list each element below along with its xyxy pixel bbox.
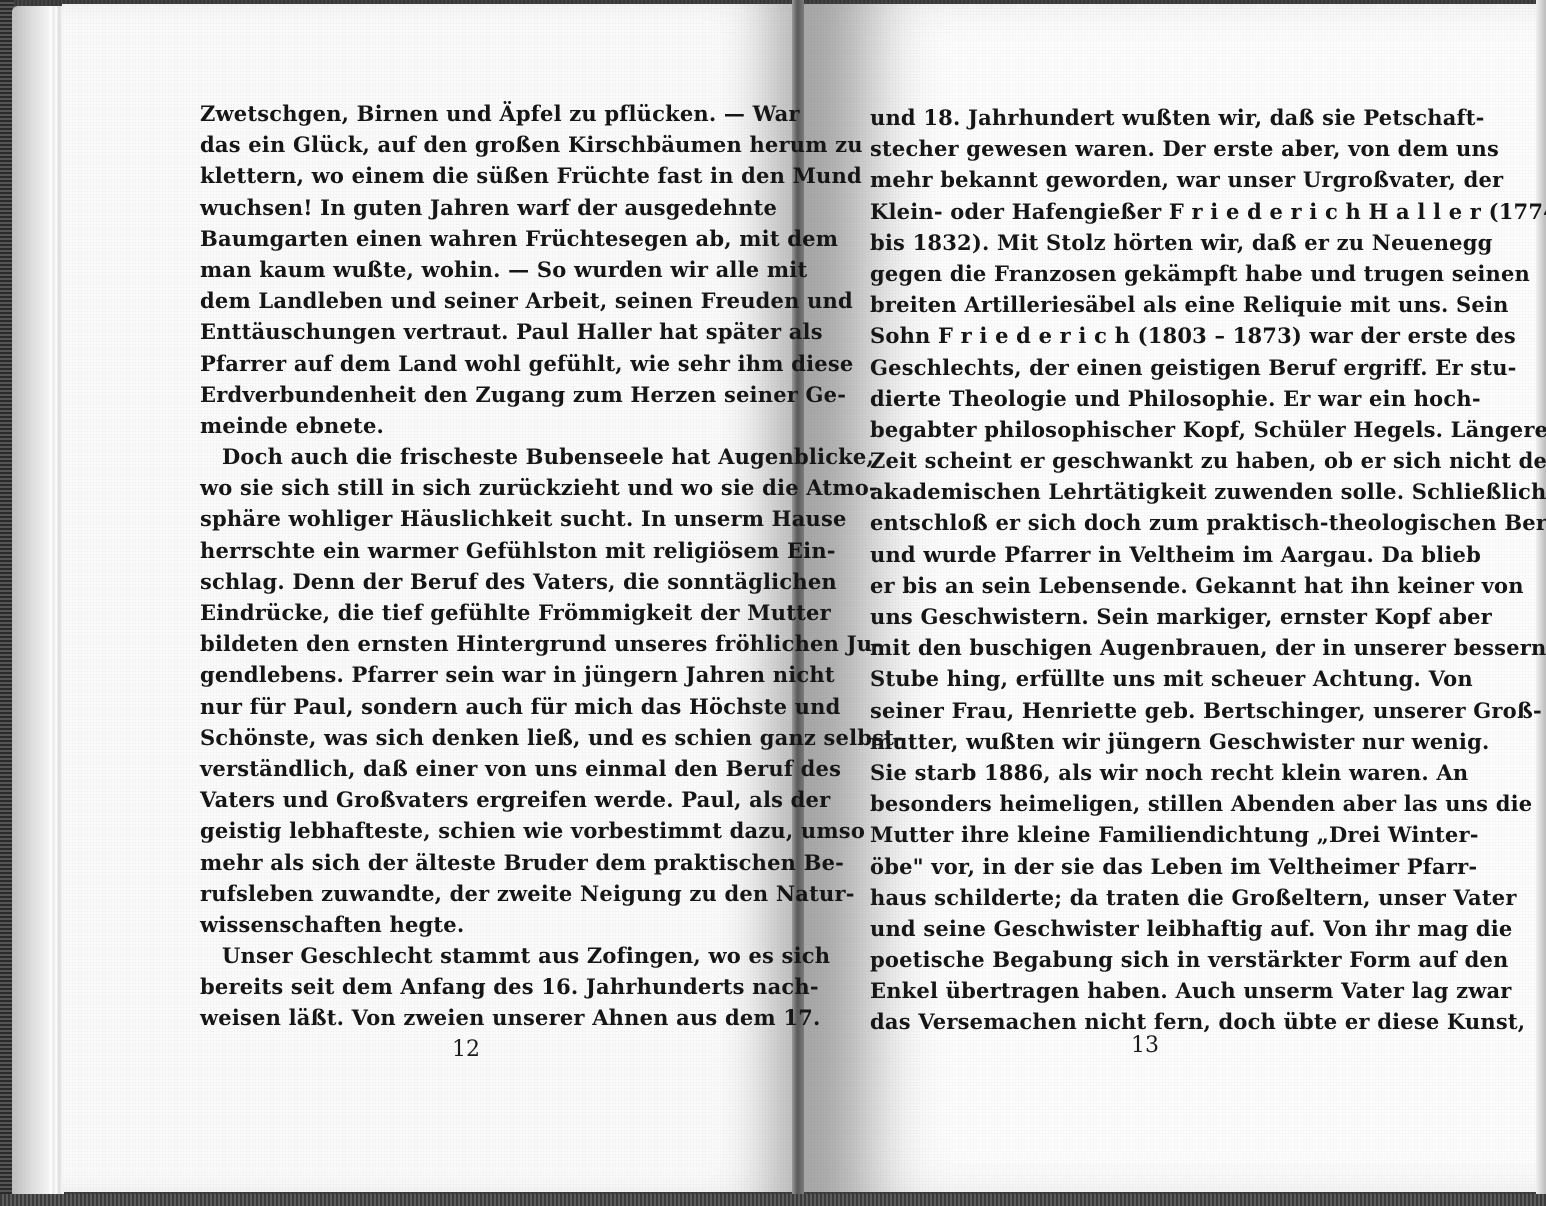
text-line: rufsleben zuwandte, der zweite Neigung z… xyxy=(200,878,736,909)
text-line: Klein- oder Hafengießer F r i e d e r i … xyxy=(870,196,1410,227)
text-line: Baumgarten einen wahren Früchtesegen ab,… xyxy=(200,223,736,254)
text-line: klettern, wo einem die süßen Früchte fas… xyxy=(200,160,736,191)
text-line: er bis an sein Lebensende. Gekannt hat i… xyxy=(870,570,1410,601)
text-line: entschloß er sich doch zum praktisch-the… xyxy=(870,507,1410,538)
text-line: weisen läßt. Von zweien unserer Ahnen au… xyxy=(200,1002,736,1033)
text-line: und 18. Jahrhundert wußten wir, daß sie … xyxy=(870,102,1410,133)
text-line: Sohn F r i e d e r i c h (1803 – 1873) w… xyxy=(870,320,1410,351)
text-line: akademischen Lehrtätigkeit zuwenden soll… xyxy=(870,476,1410,507)
text-line: gegen die Franzosen gekämpft habe und tr… xyxy=(870,258,1410,289)
text-line: Sie starb 1886, als wir noch recht klein… xyxy=(870,757,1410,788)
text-line: und seine Geschwister leibhaftig auf. Vo… xyxy=(870,913,1410,944)
text-line: Doch auch die frischeste Bubenseele hat … xyxy=(200,441,736,472)
text-line: begabter philosophischer Kopf, Schüler H… xyxy=(870,414,1410,445)
text-line: Mutter ihre kleine Familiendichtung „Dre… xyxy=(870,819,1410,850)
text-line: bildeten den ernsten Hintergrund unseres… xyxy=(200,628,736,659)
text-line: dierte Theologie und Philosophie. Er war… xyxy=(870,383,1410,414)
text-line: Schönste, was sich denken ließ, und es s… xyxy=(200,722,736,753)
text-line: schlag. Denn der Beruf des Vaters, die s… xyxy=(200,566,736,597)
text-line: Zwetschgen, Birnen und Äpfel zu pflücken… xyxy=(200,98,736,129)
text-line: Eindrücke, die tief gefühlte Frömmigkeit… xyxy=(200,597,736,628)
text-line: verständlich, daß einer von uns einmal d… xyxy=(200,753,736,784)
left-page-text: Zwetschgen, Birnen und Äpfel zu pflücken… xyxy=(200,98,736,1034)
scanner-bottom-edge xyxy=(0,1194,1546,1206)
text-line: nur für Paul, sondern auch für mich das … xyxy=(200,691,736,722)
text-line: dem Landleben und seiner Arbeit, seinen … xyxy=(200,285,736,316)
text-line: mehr bekannt geworden, war unser Urgroßv… xyxy=(870,164,1410,195)
text-line: sphäre wohliger Häuslichkeit sucht. In u… xyxy=(200,503,736,534)
text-line: und wurde Pfarrer in Veltheim im Aargau.… xyxy=(870,539,1410,570)
text-line: uns Geschwistern. Sein markiger, ernster… xyxy=(870,601,1410,632)
page-number-left: 12 xyxy=(426,1037,506,1062)
text-line: Zeit scheint er geschwankt zu haben, ob … xyxy=(870,445,1410,476)
text-line: stecher gewesen waren. Der erste aber, v… xyxy=(870,133,1410,164)
text-line: bereits seit dem Anfang des 16. Jahrhund… xyxy=(200,971,736,1002)
text-line: Erdverbundenheit den Zugang zum Herzen s… xyxy=(200,379,736,410)
text-line: poetische Begabung sich in verstärkter F… xyxy=(870,944,1410,975)
open-book: Zwetschgen, Birnen und Äpfel zu pflücken… xyxy=(0,0,1546,1206)
text-line: besonders heimeligen, stillen Abenden ab… xyxy=(870,788,1410,819)
text-line: wuchsen! In guten Jahren warf der ausged… xyxy=(200,192,736,223)
text-line: geistig lebhafteste, schien wie vorbesti… xyxy=(200,815,736,846)
text-line: Enkel übertragen haben. Auch unserm Vate… xyxy=(870,975,1410,1006)
text-line: wissenschaften hegte. xyxy=(200,909,736,940)
text-line: Geschlechts, der einen geistigen Beruf e… xyxy=(870,352,1410,383)
text-line: man kaum wußte, wohin. — So wurden wir a… xyxy=(200,254,736,285)
page-edge-stack xyxy=(12,6,64,1196)
text-line: herrschte ein warmer Gefühlston mit reli… xyxy=(200,535,736,566)
right-page-text: und 18. Jahrhundert wußten wir, daß sie … xyxy=(870,102,1410,1038)
text-line: Vaters und Großvaters ergreifen werde. P… xyxy=(200,784,736,815)
text-line: das ein Glück, auf den großen Kirschbäum… xyxy=(200,129,736,160)
text-line: mehr als sich der älteste Bruder dem pra… xyxy=(200,847,736,878)
text-line: seiner Frau, Henriette geb. Bertschinger… xyxy=(870,695,1410,726)
text-line: öbe" vor, in der sie das Leben im Velthe… xyxy=(870,851,1410,882)
text-line: wo sie sich still in sich zurückzieht un… xyxy=(200,472,736,503)
text-line: Unser Geschlecht stammt aus Zofingen, wo… xyxy=(200,940,736,971)
right-page-edge xyxy=(1536,0,1546,1206)
text-line: haus schilderte; da traten die Großelter… xyxy=(870,882,1410,913)
page-number-right: 13 xyxy=(1105,1033,1185,1058)
text-line: breiten Artilleriesäbel als eine Reliqui… xyxy=(870,289,1410,320)
text-line: Enttäuschungen vertraut. Paul Haller hat… xyxy=(200,316,736,347)
text-line: gendlebens. Pfarrer sein war in jüngern … xyxy=(200,659,736,690)
text-line: Pfarrer auf dem Land wohl gefühlt, wie s… xyxy=(200,348,736,379)
text-line: mutter, wußten wir jüngern Geschwister n… xyxy=(870,726,1410,757)
text-line: Stube hing, erfüllte uns mit scheuer Ach… xyxy=(870,663,1410,694)
text-line: bis 1832). Mit Stolz hörten wir, daß er … xyxy=(870,227,1410,258)
text-line: mit den buschigen Augenbrauen, der in un… xyxy=(870,632,1410,663)
text-line: meinde ebnete. xyxy=(200,410,736,441)
